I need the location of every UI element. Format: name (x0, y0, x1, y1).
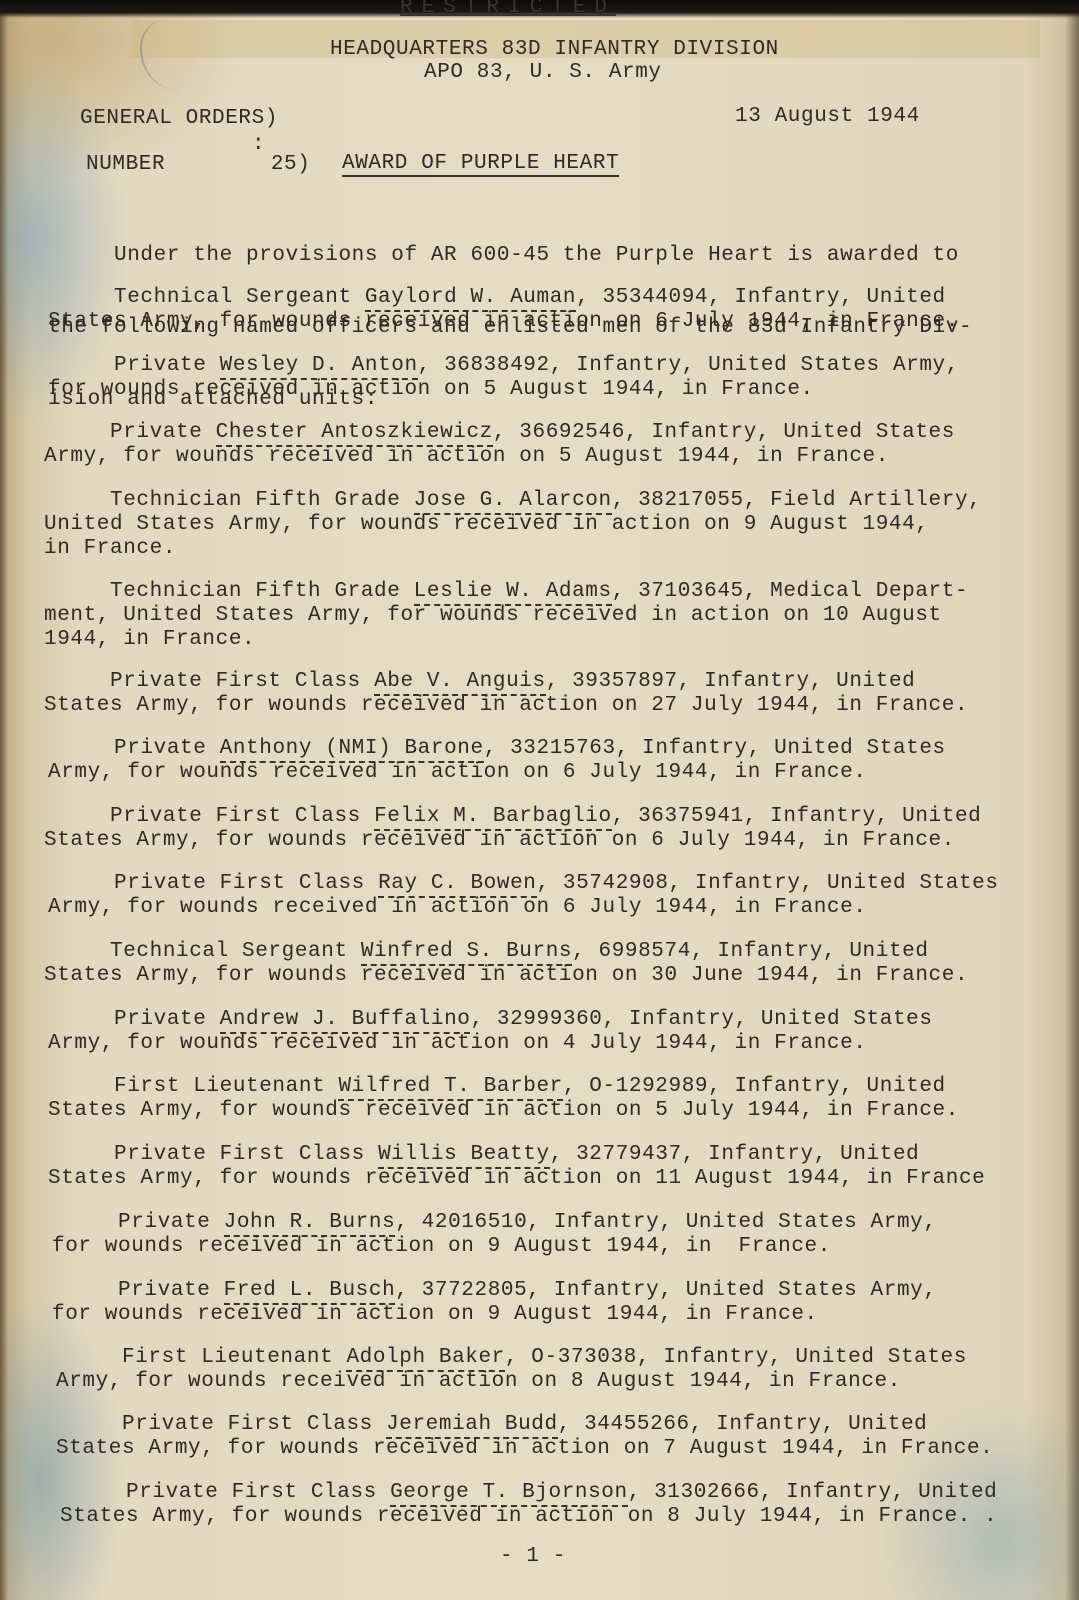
award-line: 1944, in France. (44, 628, 968, 652)
award-line: for wounds received in action on 5 Augus… (48, 378, 959, 402)
award-recipient-name: George T. Bjornson (390, 1481, 628, 1507)
award-entry: Private First Class Ray C. Bowen, 357429… (48, 872, 999, 920)
award-recipient-name: Jose G. Alarcon (414, 489, 612, 515)
award-rank: Private (52, 1279, 224, 1302)
headquarters-heading: HEADQUARTERS 83D INFANTRY DIVISION (330, 38, 779, 62)
award-line: States Army, for wounds received in acti… (44, 964, 968, 988)
award-rank: Private First Class (44, 805, 374, 828)
award-line: States Army, for wounds received in acti… (48, 1099, 959, 1123)
award-rank: Private First Class (60, 1481, 390, 1504)
award-line: Technical Sergeant Gaylord W. Auman, 353… (48, 286, 959, 310)
award-line: Private First Class George T. Bjornson, … (60, 1481, 997, 1505)
award-rank: Private First Class (48, 872, 378, 895)
award-recipient-name: Andrew J. Buffalino (220, 1008, 471, 1034)
award-rank: Technical Sergeant (48, 286, 365, 309)
award-line: Private First Class Willis Beatty, 32779… (48, 1143, 985, 1167)
award-details: , O-373038, Infantry, United States (505, 1346, 967, 1369)
award-entry: Technician Fifth Grade Jose G. Alarcon, … (44, 489, 981, 561)
award-line: States Army, for wounds received in acti… (56, 1437, 993, 1461)
award-details: , 32999360, Infantry, United States (470, 1008, 932, 1031)
order-title-text: AWARD OF PURPLE HEART (342, 152, 619, 177)
award-recipient-name: Leslie W. Adams (414, 580, 612, 606)
award-line: Private Anthony (NMI) Barone, 33215763, … (48, 737, 946, 761)
award-line: Private John R. Burns, 42016510, Infantr… (52, 1211, 937, 1235)
award-rank: Private (48, 737, 220, 760)
award-entry: Private Andrew J. Buffalino, 32999360, I… (48, 1008, 933, 1056)
award-line: Private First Class Ray C. Bowen, 357429… (48, 872, 999, 896)
award-rank: Private First Class (44, 670, 374, 693)
apo-address: APO 83, U. S. Army (424, 61, 662, 85)
award-recipient-name: Wesley D. Anton (220, 354, 418, 380)
award-line: Army, for wounds received in action on 6… (48, 896, 999, 920)
award-recipient-name: Winfred S. Burns (361, 940, 572, 966)
award-line: States Army, for wounds received in acti… (48, 310, 959, 334)
award-line: Army, for wounds received in action on 4… (48, 1032, 933, 1056)
award-entry: Private First Class Willis Beatty, 32779… (48, 1143, 985, 1191)
award-line: Private Chester Antoszkiewicz, 36692546,… (44, 421, 955, 445)
award-entry: Private First Class Felix M. Barbaglio, … (44, 805, 981, 853)
award-details: , 42016510, Infantry, United States Army… (395, 1211, 936, 1234)
order-date: 13 August 1944 (735, 105, 920, 129)
award-rank: First Lieutenant (56, 1346, 346, 1369)
award-line: States Army, for wounds received in acti… (48, 1167, 985, 1191)
award-line: First Lieutenant Wilfred T. Barber, O-12… (48, 1075, 959, 1099)
award-details: , 36838492, Infantry, United States Army… (418, 354, 959, 377)
award-details: , 6998574, Infantry, United (572, 940, 928, 963)
award-line: Private Fred L. Busch, 37722805, Infantr… (52, 1279, 937, 1303)
award-details: , 32779437, Infantry, United (550, 1143, 920, 1166)
award-details: , 37722805, Infantry, United States Army… (395, 1279, 936, 1302)
award-recipient-name: Adolph Baker (346, 1346, 504, 1372)
award-entry: Private Chester Antoszkiewicz, 36692546,… (44, 421, 955, 469)
award-details: , O-1292989, Infantry, United (563, 1075, 946, 1098)
award-rank: First Lieutenant (48, 1075, 338, 1098)
order-title: AWARD OF PURPLE HEART (342, 152, 619, 176)
award-rank: Private (52, 1211, 224, 1234)
award-recipient-name: Willis Beatty (378, 1143, 550, 1169)
award-entry: Technical Sergeant Gaylord W. Auman, 353… (48, 286, 959, 334)
page-right-edge (1065, 0, 1079, 1600)
award-entry: Private Wesley D. Anton, 36838492, Infan… (48, 354, 959, 402)
award-line: for wounds received in action on 9 Augus… (52, 1235, 937, 1259)
award-line: States Army, for wounds received in acti… (60, 1505, 997, 1529)
award-line: Private First Class Abe V. Anguis, 39357… (44, 670, 968, 694)
award-line: Private Andrew J. Buffalino, 32999360, I… (48, 1008, 933, 1032)
award-rank: Technical Sergeant (44, 940, 361, 963)
award-rank: Technician Fifth Grade (44, 580, 414, 603)
award-details: , 31302666, Infantry, United (628, 1481, 998, 1504)
award-line: Army, for wounds received in action on 5… (44, 445, 955, 469)
pencil-mark (140, 20, 202, 90)
classification-stamp: RESTRICTED (400, 0, 616, 20)
award-details: , 36375941, Infantry, United (612, 805, 982, 828)
award-entry: First Lieutenant Wilfred T. Barber, O-12… (48, 1075, 959, 1123)
award-details: , 38217055, Field Artillery, (612, 489, 982, 512)
award-recipient-name: Jeremiah Budd (386, 1413, 558, 1439)
award-line: for wounds received in action on 9 Augus… (52, 1303, 937, 1327)
award-details: , 34455266, Infantry, United (558, 1413, 928, 1436)
award-entry: Technician Fifth Grade Leslie W. Adams, … (44, 580, 968, 652)
award-line: Private First Class Felix M. Barbaglio, … (44, 805, 981, 829)
award-rank: Private (48, 354, 220, 377)
award-rank: Private First Class (56, 1413, 386, 1436)
award-line: Technical Sergeant Winfred S. Burns, 699… (44, 940, 968, 964)
award-details: , 36692546, Infantry, United States (493, 421, 955, 444)
award-line: United States Army, for wounds received … (44, 513, 981, 537)
award-recipient-name: Anthony (NMI) Barone (220, 737, 484, 763)
award-rank: Private (44, 421, 216, 444)
award-details: , 35344094, Infantry, United (576, 286, 946, 309)
order-number-label: NUMBER 25) (86, 153, 310, 177)
general-orders-label: GENERAL ORDERS) (80, 107, 278, 131)
award-recipient-name: Gaylord W. Auman (365, 286, 576, 312)
award-recipient-name: Felix M. Barbaglio (374, 805, 612, 831)
award-entry: Technical Sergeant Winfred S. Burns, 699… (44, 940, 968, 988)
award-entry: Private First Class George T. Bjornson, … (60, 1481, 997, 1529)
intro-line: Under the provisions of AR 600-45 the Pu… (48, 244, 972, 268)
award-rank: Technician Fifth Grade (44, 489, 414, 512)
award-recipient-name: John R. Burns (224, 1211, 396, 1237)
award-recipient-name: Abe V. Anguis (374, 670, 546, 696)
award-details: , 33215763, Infantry, United States (484, 737, 946, 760)
award-entry: Private Fred L. Busch, 37722805, Infantr… (52, 1279, 937, 1327)
award-line: in France. (44, 537, 981, 561)
award-line: States Army, for wounds received in acti… (44, 829, 981, 853)
award-entry: Private Anthony (NMI) Barone, 33215763, … (48, 737, 946, 785)
award-entry: Private First Class Jeremiah Budd, 34455… (56, 1413, 993, 1461)
award-rank: Private (48, 1008, 220, 1031)
award-line: Technician Fifth Grade Jose G. Alarcon, … (44, 489, 981, 513)
award-recipient-name: Chester Antoszkiewicz (216, 421, 493, 447)
page-number: - 1 - (500, 1545, 566, 1569)
document-page: RESTRICTED HEADQUARTERS 83D INFANTRY DIV… (0, 0, 1079, 1600)
award-details: , 35742908, Infantry, United States (537, 872, 999, 895)
award-recipient-name: Ray C. Bowen (378, 872, 536, 898)
award-line: ment, United States Army, for wounds rec… (44, 604, 968, 628)
award-line: Technician Fifth Grade Leslie W. Adams, … (44, 580, 968, 604)
award-recipient-name: Wilfred T. Barber (338, 1075, 562, 1101)
award-line: Army, for wounds received in action on 6… (48, 761, 946, 785)
award-details: , 39357897, Infantry, United (546, 670, 916, 693)
award-line: Private Wesley D. Anton, 36838492, Infan… (48, 354, 959, 378)
award-line: States Army, for wounds received in acti… (44, 694, 968, 718)
award-line: First Lieutenant Adolph Baker, O-373038,… (56, 1346, 967, 1370)
award-rank: Private First Class (48, 1143, 378, 1166)
award-entry: First Lieutenant Adolph Baker, O-373038,… (56, 1346, 967, 1394)
page-left-edge (0, 0, 8, 1600)
award-line: Army, for wounds received in action on 8… (56, 1370, 967, 1394)
award-recipient-name: Fred L. Busch (224, 1279, 396, 1305)
award-line: Private First Class Jeremiah Budd, 34455… (56, 1413, 993, 1437)
award-details: , 37103645, Medical Depart- (612, 580, 968, 603)
award-entry: Private First Class Abe V. Anguis, 39357… (44, 670, 968, 718)
award-entry: Private John R. Burns, 42016510, Infantr… (52, 1211, 937, 1259)
